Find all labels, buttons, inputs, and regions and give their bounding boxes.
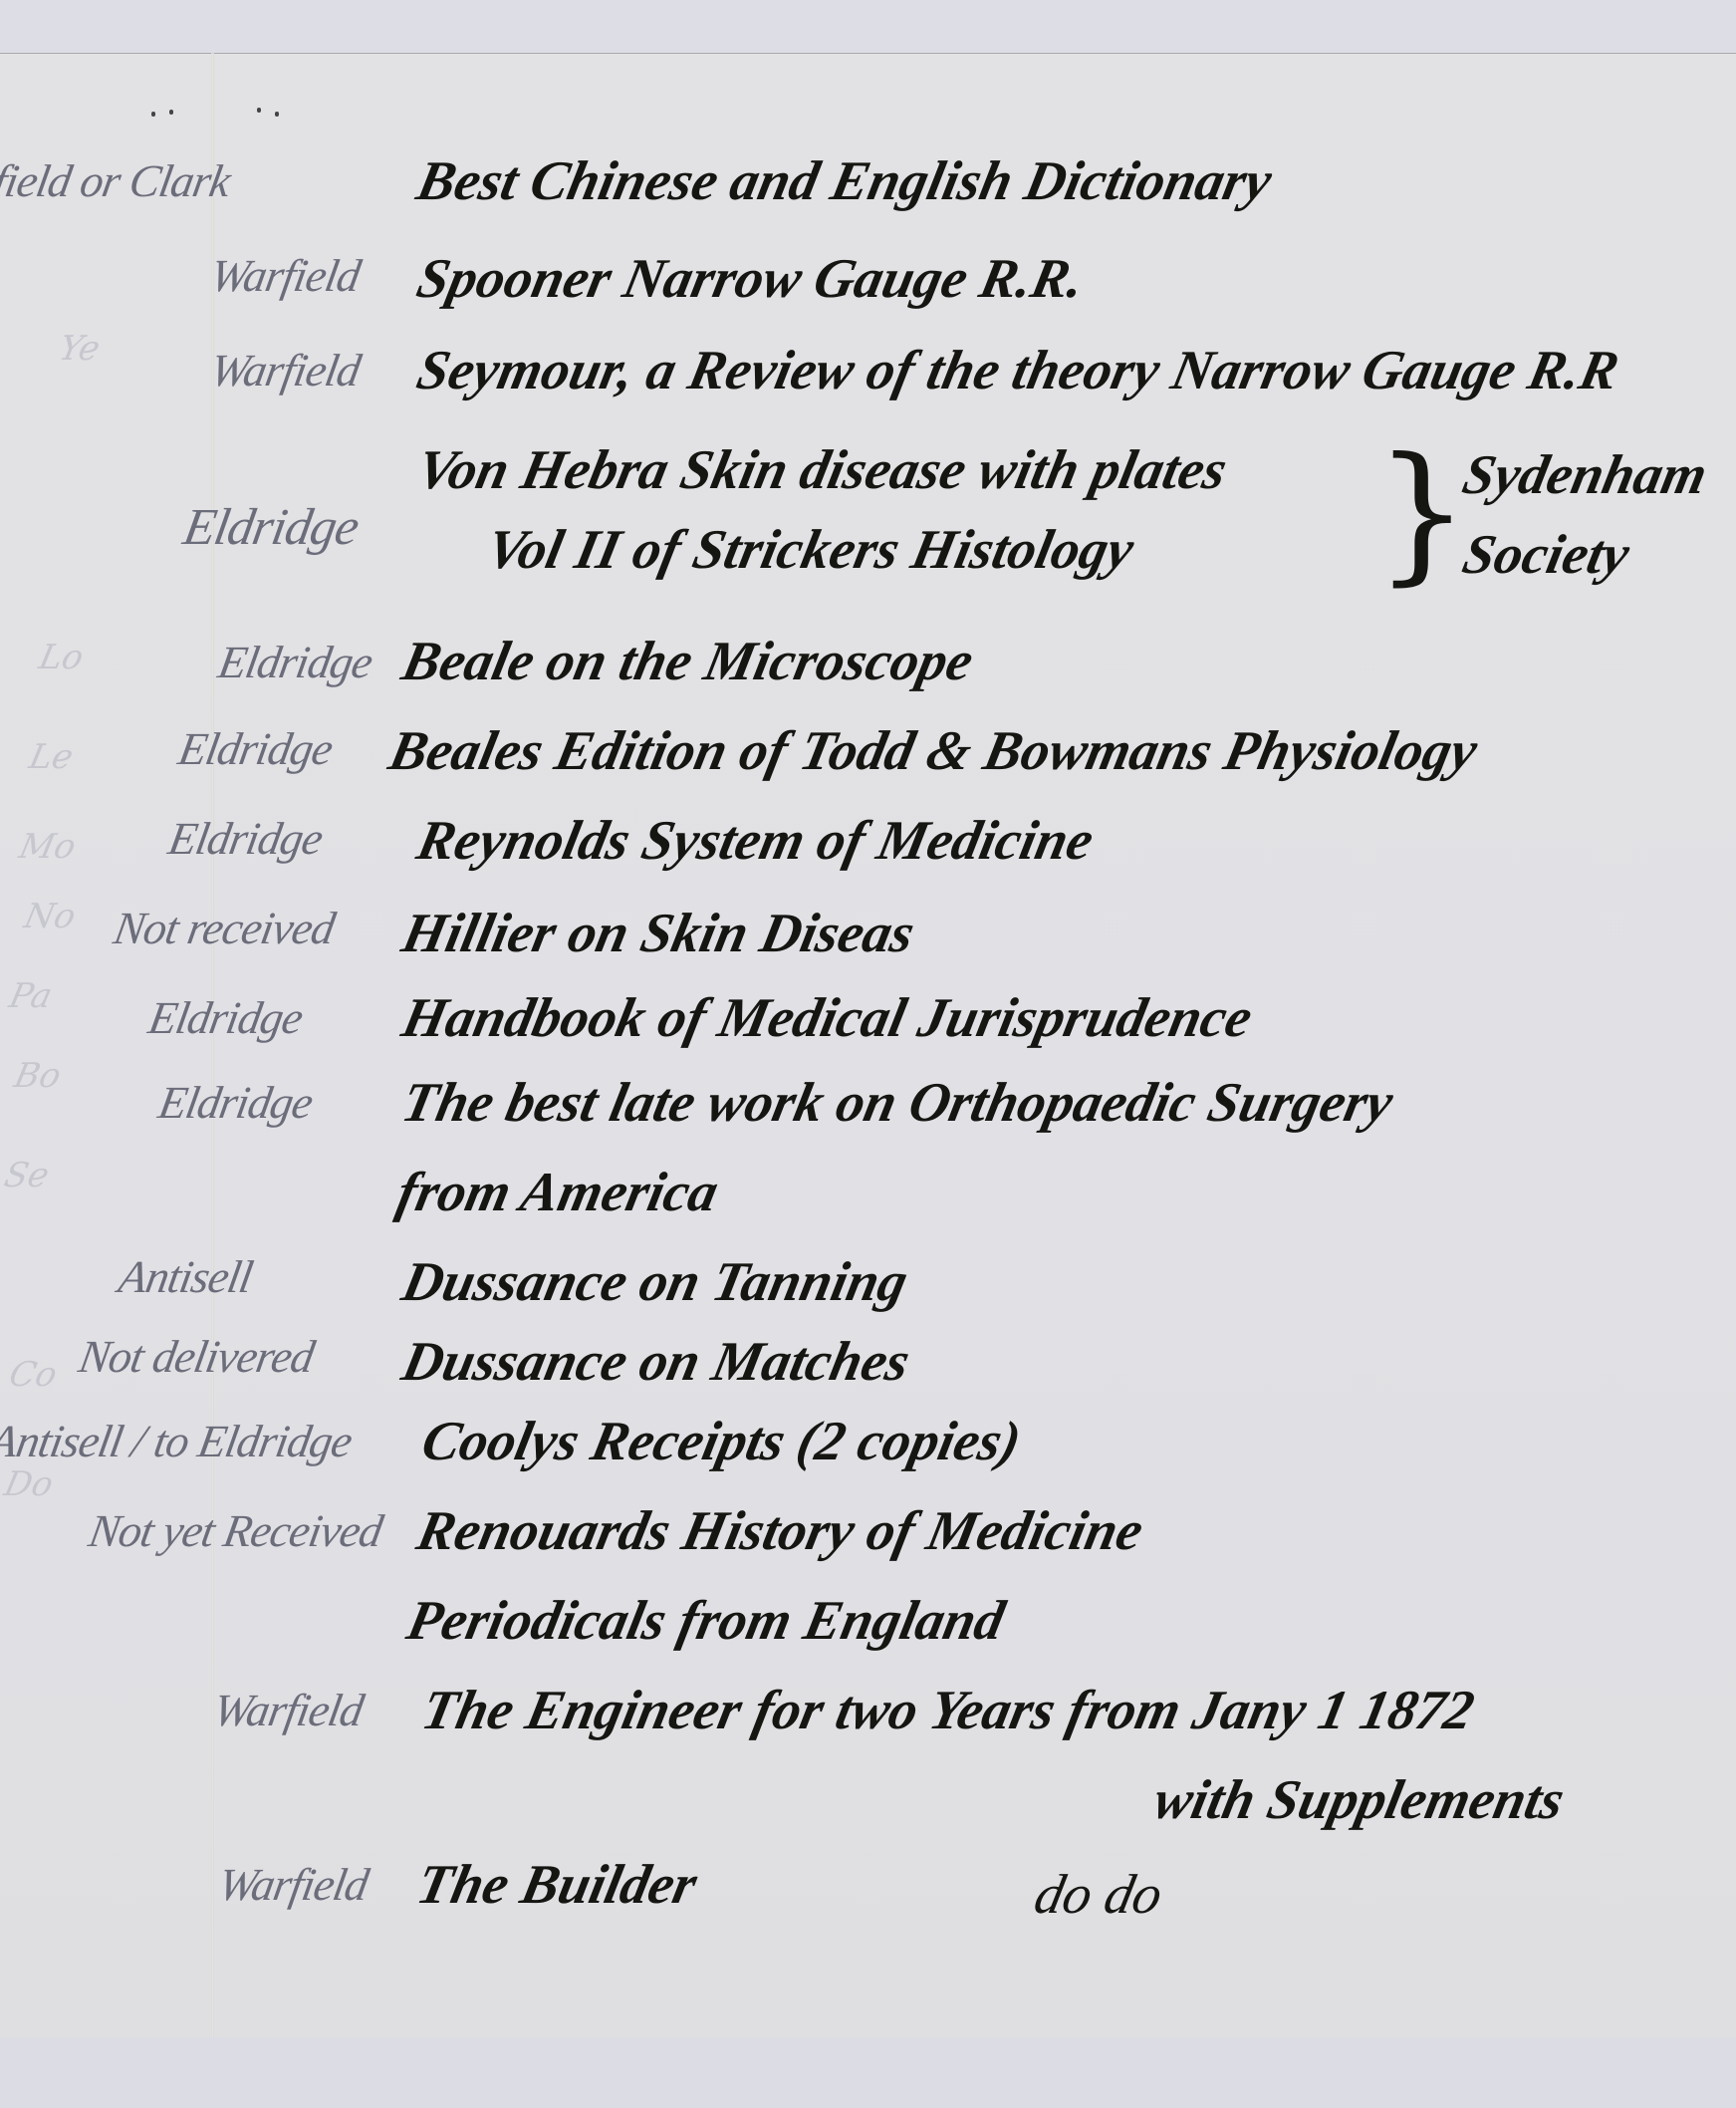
margin-note: Antisell / to Eldridge xyxy=(0,1415,356,1467)
margin-note: Antisell xyxy=(115,1250,256,1303)
book-title: Dussance on Matches xyxy=(396,1330,915,1394)
ghost-mark: Do xyxy=(1,1464,57,1504)
book-title: Best Chinese and English Dictionary xyxy=(411,149,1277,213)
ink-speck xyxy=(257,108,261,113)
brace-symbol: } xyxy=(1374,438,1469,588)
book-title: Handbook of Medical Jurisprudence xyxy=(396,986,1258,1050)
margin-note: field or Clark xyxy=(0,154,234,207)
ditto-marks: do do xyxy=(1029,1863,1168,1927)
book-title: Beale on the Microscope xyxy=(396,630,978,693)
ghost-mark: Se xyxy=(1,1156,53,1195)
ink-speck xyxy=(151,112,155,117)
book-title-continued: from America xyxy=(391,1161,724,1224)
bracket-note: Sydenham xyxy=(1457,443,1712,507)
ghost-mark: Lo xyxy=(36,638,88,677)
book-title: Spooner Narrow Gauge R.R. xyxy=(411,247,1090,311)
book-title: Reynolds System of Medicine xyxy=(411,809,1099,873)
book-title: Dussance on Tanning xyxy=(396,1250,913,1314)
book-title: Coolys Receipts (2 copies) xyxy=(416,1410,1026,1473)
book-title: Renouards History of Medicine xyxy=(411,1499,1148,1563)
book-title: Hillier on Skin Diseas xyxy=(396,902,919,965)
bracket-note: Society xyxy=(1457,523,1634,587)
book-title-continued: Vol II of Strickers Histology xyxy=(481,518,1139,582)
margin-note: Eldridge xyxy=(174,722,336,775)
margin-note: Eldridge xyxy=(154,1076,316,1129)
ghost-mark: Co xyxy=(6,1355,61,1395)
margin-note: Not received xyxy=(110,902,338,954)
scan-backdrop-top xyxy=(0,0,1736,56)
book-title: The Builder xyxy=(411,1853,702,1917)
ghost-mark: Le xyxy=(26,737,77,777)
ghost-mark: Ye xyxy=(56,329,104,369)
margin-note: Eldridge xyxy=(214,636,375,688)
margin-note: Warfield xyxy=(206,344,364,396)
margin-note: Eldridge xyxy=(164,812,326,865)
bleed-through-marks: Ye Lo Le Mo No Pa Bo Se Co Do xyxy=(0,299,199,1992)
book-title: Seymour, a Review of the theory Narrow G… xyxy=(411,339,1624,402)
margin-note: Eldridge xyxy=(144,991,306,1044)
book-title: Von Hebra Skin disease with plates xyxy=(411,438,1232,502)
margin-note: Warfield xyxy=(214,1858,372,1911)
margin-note: Warfield xyxy=(209,1684,367,1736)
ghost-mark: Mo xyxy=(16,827,80,867)
book-title: The best late work on Orthopaedic Surger… xyxy=(396,1071,1398,1135)
book-title-continued: with Supplements xyxy=(1148,1768,1570,1832)
book-title: Periodicals from England xyxy=(401,1589,1010,1653)
ink-speck xyxy=(169,110,173,115)
scan-backdrop-bottom xyxy=(0,2037,1736,2108)
margin-note: Warfield xyxy=(206,249,364,302)
book-title: Beales Edition of Todd & Bowmans Physiol… xyxy=(383,719,1483,783)
margin-note: Not yet Received xyxy=(85,1504,385,1557)
book-title: The Engineer for two Years from Jany 1 1… xyxy=(416,1679,1479,1742)
ink-speck xyxy=(275,112,279,117)
margin-note: Not delivered xyxy=(75,1330,318,1383)
ghost-mark: Pa xyxy=(6,976,56,1016)
ghost-mark: Bo xyxy=(11,1056,65,1096)
margin-note: Eldridge xyxy=(179,498,363,557)
ghost-mark: No xyxy=(21,897,80,936)
